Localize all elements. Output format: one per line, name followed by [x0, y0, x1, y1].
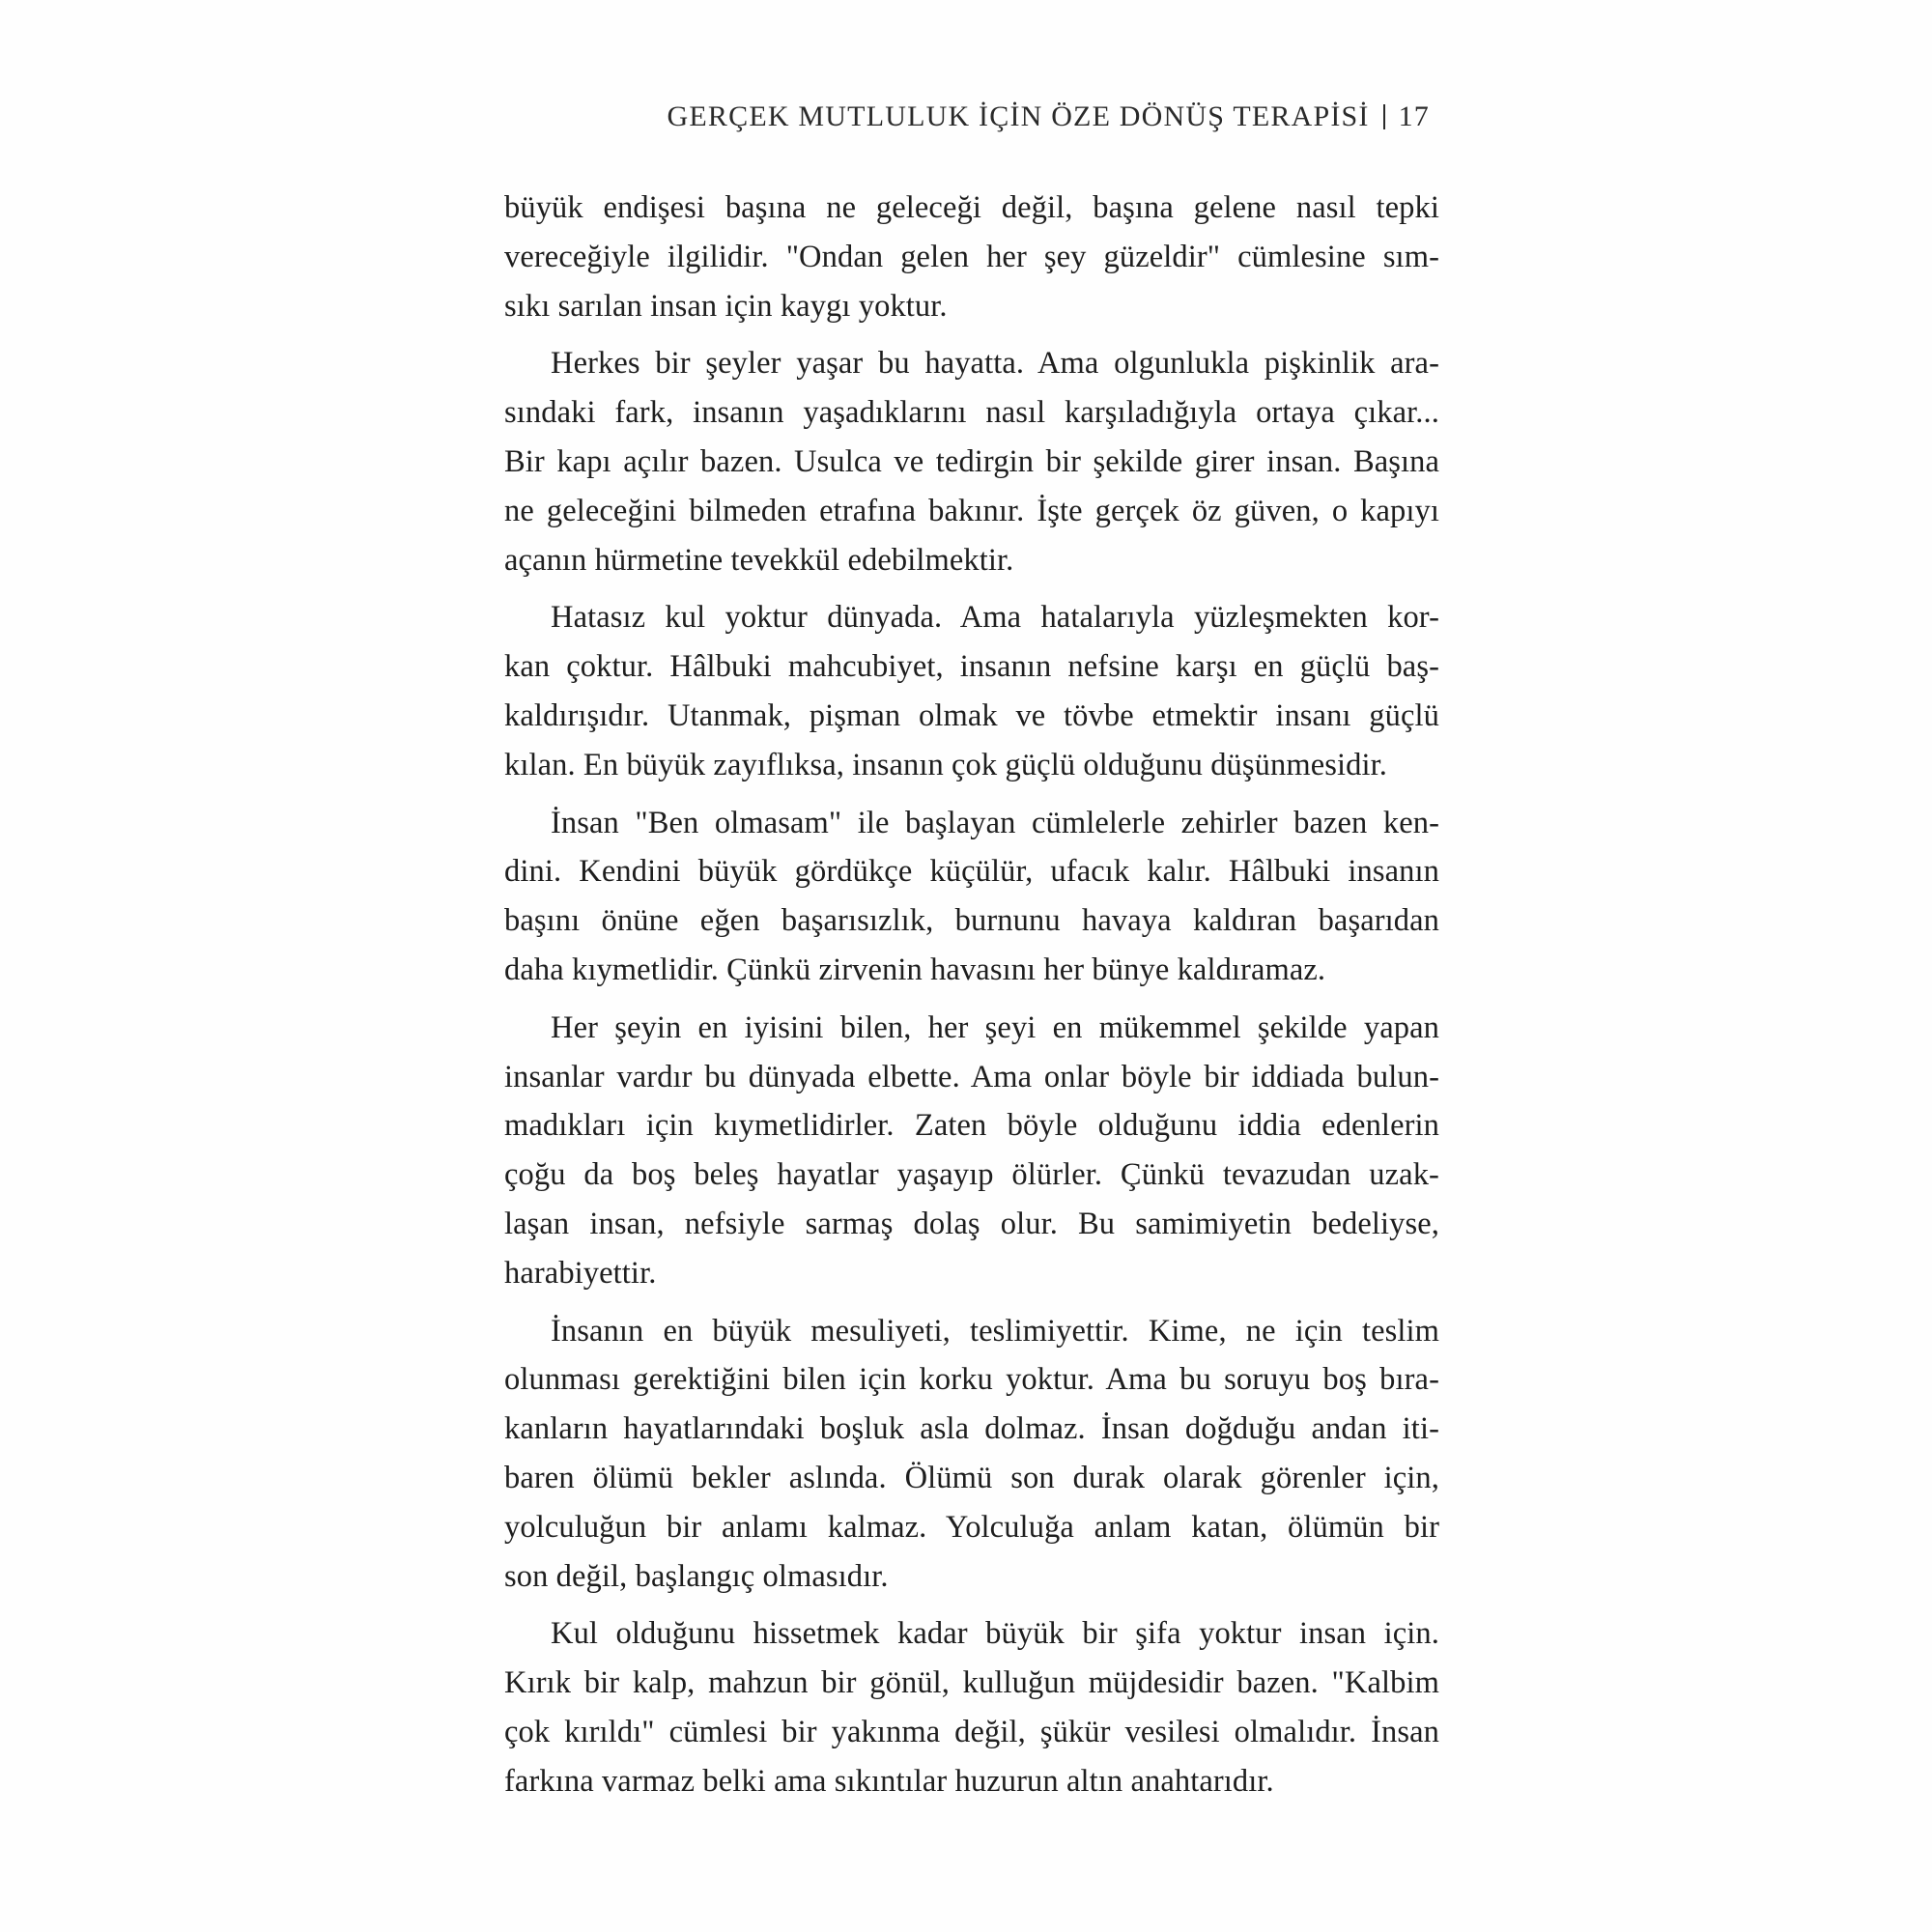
text-line: Bir kapı açılır bazen. Usulca ve tedirgi… — [504, 438, 1439, 487]
text-line: madıkları için kıymetlidirler. Zaten böy… — [504, 1101, 1439, 1151]
text-line: Hatasız kul yoktur dünyada. Ama hataları… — [504, 593, 1439, 642]
page-number: 17 — [1399, 100, 1430, 133]
text-line: İnsanın en büyük mesuliyeti, teslimiyett… — [504, 1307, 1439, 1356]
text-line: çok kırıldı" cümlesi bir yakınma değil, … — [504, 1708, 1439, 1757]
text-line: Kul olduğunu hissetmek kadar büyük bir ş… — [504, 1609, 1439, 1659]
paragraph-7: Kul olduğunu hissetmek kadar büyük bir ş… — [504, 1609, 1439, 1805]
header-separator — [1383, 104, 1385, 129]
text-line: Kırık bir kalp, mahzun bir gönül, kulluğ… — [504, 1659, 1439, 1708]
body-text: büyük endişesi başına ne geleceği değil,… — [504, 184, 1439, 1815]
text-line: daha kıymetlidir. Çünkü zirvenin havasın… — [504, 946, 1439, 995]
paragraph-2: Herkes bir şeyler yaşar bu hayatta. Ama … — [504, 339, 1439, 584]
text-line: Herkes bir şeyler yaşar bu hayatta. Ama … — [504, 339, 1439, 388]
header-title: GERÇEK MUTLULUK İÇİN ÖZE DÖNÜŞ TERAPİSİ — [668, 100, 1370, 133]
text-line: baren ölümü bekler aslında. Ölümü son du… — [504, 1454, 1439, 1503]
text-line: insanlar vardır bu dünyada elbette. Ama … — [504, 1053, 1439, 1102]
text-line: kanların hayatlarındaki boşluk asla dolm… — [504, 1405, 1439, 1454]
paragraph-3: Hatasız kul yoktur dünyada. Ama hataları… — [504, 593, 1439, 789]
text-line: ne geleceğini bilmeden etrafına bakınır.… — [504, 487, 1439, 536]
text-line: büyük endişesi başına ne geleceği değil,… — [504, 184, 1439, 233]
paragraph-6: İnsanın en büyük mesuliyeti, teslimiyett… — [504, 1307, 1439, 1602]
text-line: olunması gerektiğini bilen için korku yo… — [504, 1355, 1439, 1405]
text-line: vereceğiyle ilgilidir. "Ondan gelen her … — [504, 233, 1439, 282]
text-line: sıkı sarılan insan için kaygı yoktur. — [504, 282, 1439, 331]
text-line: kaldırışıdır. Utanmak, pişman olmak ve t… — [504, 692, 1439, 741]
text-line: kılan. En büyük zayıflıksa, insanın çok … — [504, 741, 1439, 790]
paragraph-4: İnsan "Ben olmasam" ile başlayan cümlele… — [504, 799, 1439, 995]
book-page: GERÇEK MUTLULUK İÇİN ÖZE DÖNÜŞ TERAPİSİ … — [0, 0, 1932, 1932]
text-line: İnsan "Ben olmasam" ile başlayan cümlele… — [504, 799, 1439, 848]
paragraph-5: Her şeyin en iyisini bilen, her şeyi en … — [504, 1004, 1439, 1298]
paragraph-1: büyük endişesi başına ne geleceği değil,… — [504, 184, 1439, 330]
text-line: kan çoktur. Hâlbuki mahcubiyet, insanın … — [504, 642, 1439, 692]
text-line: yolculuğun bir anlamı kalmaz. Yolculuğa … — [504, 1503, 1439, 1552]
text-line: Her şeyin en iyisini bilen, her şeyi en … — [504, 1004, 1439, 1053]
text-line: başını önüne eğen başarısızlık, burnunu … — [504, 896, 1439, 946]
text-line: son değil, başlangıç olmasıdır. — [504, 1552, 1439, 1602]
text-line: farkına varmaz belki ama sıkıntılar huzu… — [504, 1757, 1439, 1806]
text-line: dini. Kendini büyük gördükçe küçülür, uf… — [504, 847, 1439, 896]
text-line: sındaki fark, insanın yaşadıklarını nası… — [504, 388, 1439, 438]
text-line: açanın hürmetine tevekkül edebilmektir. — [504, 536, 1439, 585]
text-line: çoğu da boş beleş hayatlar yaşayıp ölürl… — [504, 1151, 1439, 1200]
text-line: harabiyettir. — [504, 1249, 1439, 1298]
text-line: laşan insan, nefsiyle sarmaş dolaş olur.… — [504, 1200, 1439, 1249]
running-header: GERÇEK MUTLULUK İÇİN ÖZE DÖNÜŞ TERAPİSİ … — [668, 100, 1430, 133]
